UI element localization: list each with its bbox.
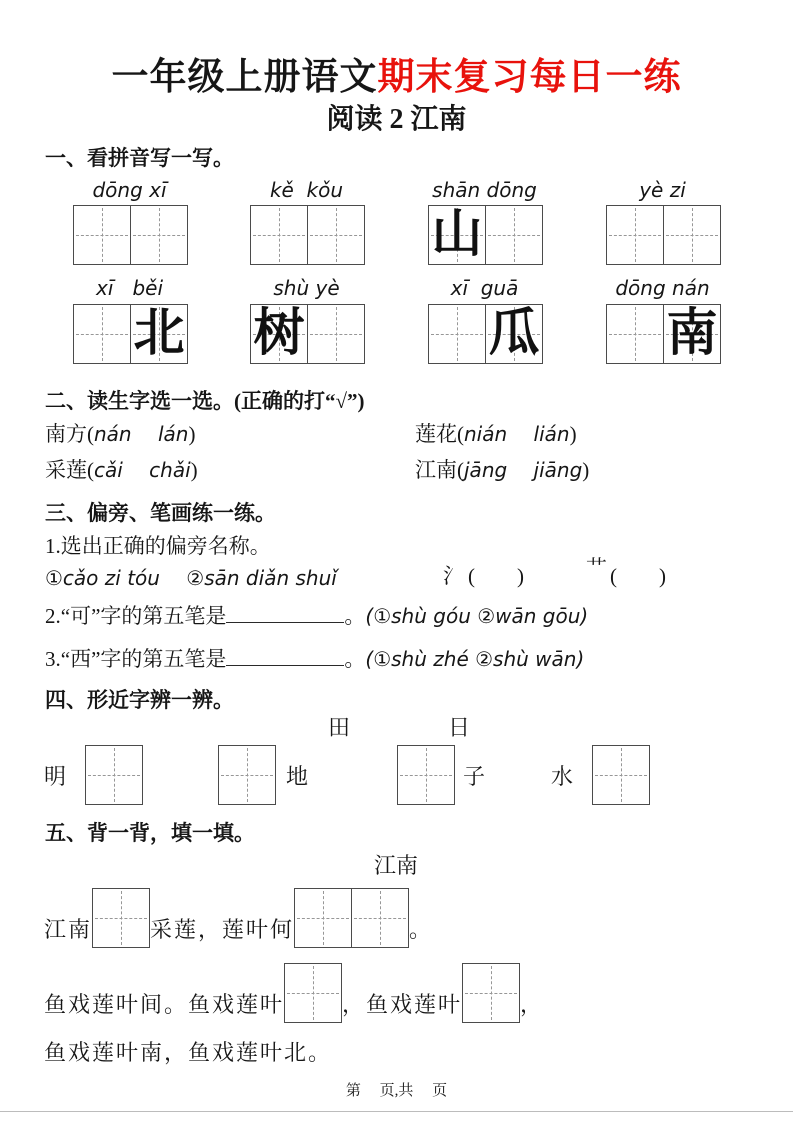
question-2: 2.“可”字的第五笔是。(①shù góu ②wān gōu) <box>45 598 588 630</box>
answer-blank <box>226 598 344 623</box>
choice-item: 莲花(nián lián) <box>415 418 577 448</box>
poem-text: 鱼戏莲叶间。鱼戏莲叶 <box>44 988 284 1023</box>
word: 江南( <box>415 454 464 484</box>
writing-box <box>462 963 520 1023</box>
hint-char-tian: 田 <box>328 711 350 742</box>
question-3: 3.“西”字的第五笔是。(①shù zhé ②shù wān) <box>45 641 584 673</box>
page-footer: 第 页,共 页 <box>0 1079 793 1100</box>
poem-text: ，鱼戏莲叶 <box>342 988 462 1023</box>
title-red-part: 期末复习每日一练 <box>378 57 682 98</box>
grid-cell <box>74 305 130 363</box>
grid-cell <box>607 305 663 363</box>
poem-text: 江南 <box>44 913 92 948</box>
choice-item: 江南(jāng jiāng) <box>415 454 589 484</box>
pinyin-label: xī běi <box>73 276 186 300</box>
page-subtitle: 阅读 2 江南 <box>0 97 793 137</box>
answer-char: 南 <box>664 305 720 363</box>
section3-heading: 三、偏旁、笔画练一练。 <box>45 497 276 527</box>
answer-char <box>429 305 485 363</box>
grid-cell <box>74 206 130 264</box>
grid-cell <box>485 206 542 264</box>
writing-box <box>397 745 455 805</box>
pinyin-label: shù yè <box>250 276 363 300</box>
writing-grid: 瓜 <box>428 304 543 364</box>
writing-grid <box>250 205 365 265</box>
grid-cell <box>607 206 663 264</box>
choice-item: 采莲(cǎi chǎi) <box>45 454 198 484</box>
paren: ) <box>188 422 195 447</box>
grid-cell <box>307 206 364 264</box>
answer-char <box>607 305 663 363</box>
answer-char <box>74 305 130 363</box>
answer-char: 瓜 <box>486 305 542 363</box>
answer-char <box>308 206 364 264</box>
pinyin-label: xī guā <box>428 276 541 300</box>
writing-box <box>92 888 150 948</box>
writing-grid: 树 <box>250 304 365 364</box>
writing-grid <box>294 888 409 948</box>
answer-char <box>664 206 720 264</box>
grid-cell <box>130 206 187 264</box>
section1-heading: 一、看拼音写一写。 <box>45 142 234 172</box>
poem-line-2: 鱼戏莲叶间。鱼戏莲叶 ，鱼戏莲叶 ， <box>44 963 544 1023</box>
question-text: 2.“可”字的第五笔是 <box>45 600 226 630</box>
grid-cell <box>593 746 649 804</box>
paren: ) <box>582 458 589 483</box>
period: 。 <box>344 600 365 630</box>
paren: ) <box>191 458 198 483</box>
pinyin-label: dōng nán <box>606 276 719 300</box>
pinyin-options: nán lán <box>94 418 188 447</box>
writing-grid: 北 <box>73 304 188 364</box>
poem-title: 江南 <box>374 849 418 880</box>
period: 。 <box>344 643 365 673</box>
word: 采莲( <box>45 454 94 484</box>
answer-blank <box>226 641 344 666</box>
writing-box <box>218 745 276 805</box>
answer-char <box>131 206 187 264</box>
grid-cell <box>93 889 149 947</box>
pinyin-label: dōng xī <box>73 178 186 202</box>
section5-heading: 五、背一背，填一填。 <box>45 817 255 847</box>
question-1: 1.选出正确的偏旁名称。 <box>45 530 271 560</box>
word: 南方( <box>45 418 94 448</box>
radical-options: ①cǎo zi tóu ②sān diǎn shuǐ <box>45 562 337 591</box>
writing-box <box>85 745 143 805</box>
writing-grid: 山 <box>428 205 543 265</box>
compound-label: 明 <box>44 760 66 791</box>
writing-grid: 南 <box>606 304 721 364</box>
poem-text: 。 <box>409 913 433 948</box>
question-text: 3.“西”字的第五笔是 <box>45 643 226 673</box>
section2-heading: 二、读生字选一选。(正确的打“√”) <box>45 385 365 415</box>
grid-cell: 山 <box>429 206 485 264</box>
grid-cell <box>285 964 341 1022</box>
word: 莲花( <box>415 418 464 448</box>
grid-cell <box>429 305 485 363</box>
pinyin-label: shān dōng <box>428 178 541 202</box>
grid-cell <box>86 746 142 804</box>
grid-cell: 树 <box>251 305 307 363</box>
answer-char <box>486 206 542 264</box>
pinyin-label: kě kǒu <box>250 178 363 202</box>
poem-text: ， <box>520 988 544 1023</box>
grid-cell <box>219 746 275 804</box>
writing-grid <box>606 205 721 265</box>
answer-char: 山 <box>429 206 485 264</box>
stroke-options: (①shù zhé ②shù wān) <box>365 647 584 671</box>
grid-cell <box>663 206 720 264</box>
grid-cell <box>295 889 351 947</box>
writing-box <box>592 745 650 805</box>
grid-cell <box>351 889 408 947</box>
stroke-options: (①shù góu ②wān gōu) <box>365 604 588 628</box>
answer-char: 树 <box>251 305 307 363</box>
page-title: 一年级上册语文期末复习每日一练 <box>0 46 793 100</box>
answer-char <box>607 206 663 264</box>
grid-cell <box>251 206 307 264</box>
grid-cell <box>398 746 454 804</box>
compound-label: 子 <box>463 760 485 791</box>
worksheet-page: 一年级上册语文期末复习每日一练 阅读 2 江南 一、看拼音写一写。 dōng x… <box>0 0 793 1122</box>
writing-grid <box>73 205 188 265</box>
grid-cell: 瓜 <box>485 305 542 363</box>
answer-char <box>251 206 307 264</box>
grid-cell: 南 <box>663 305 720 363</box>
poem-text: 采莲，莲叶何 <box>150 913 294 948</box>
grid-cell: 北 <box>130 305 187 363</box>
compound-label: 地 <box>286 760 308 791</box>
grid-cell <box>463 964 519 1022</box>
page-edge-line <box>0 1111 793 1112</box>
writing-box <box>284 963 342 1023</box>
pinyin-options: jāng jiāng <box>464 454 582 483</box>
answer-paren: ( ) <box>610 560 666 590</box>
answer-char: 北 <box>131 305 187 363</box>
paren: ) <box>570 422 577 447</box>
grid-cell <box>307 305 364 363</box>
section4-heading: 四、形近字辨一辨。 <box>45 684 234 714</box>
poem-line-3: 鱼戏莲叶南，鱼戏莲叶北。 <box>44 1036 332 1071</box>
poem-line-1: 江南 采莲，莲叶何 。 <box>44 888 433 948</box>
choice-item: 南方(nán lán) <box>45 418 195 448</box>
water-radical: 氵 <box>443 560 464 590</box>
answer-paren: ( ) <box>468 560 524 590</box>
answer-char <box>308 305 364 363</box>
pinyin-label: yè zi <box>606 178 719 202</box>
grass-radical: 艹 <box>586 552 607 582</box>
pinyin-options: nián lián <box>464 418 570 447</box>
answer-char <box>74 206 130 264</box>
pinyin-options: cǎi chǎi <box>94 454 191 483</box>
hint-char-ri: 日 <box>448 711 470 742</box>
title-black-part: 一年级上册语文 <box>112 57 378 98</box>
compound-label: 水 <box>551 760 573 791</box>
